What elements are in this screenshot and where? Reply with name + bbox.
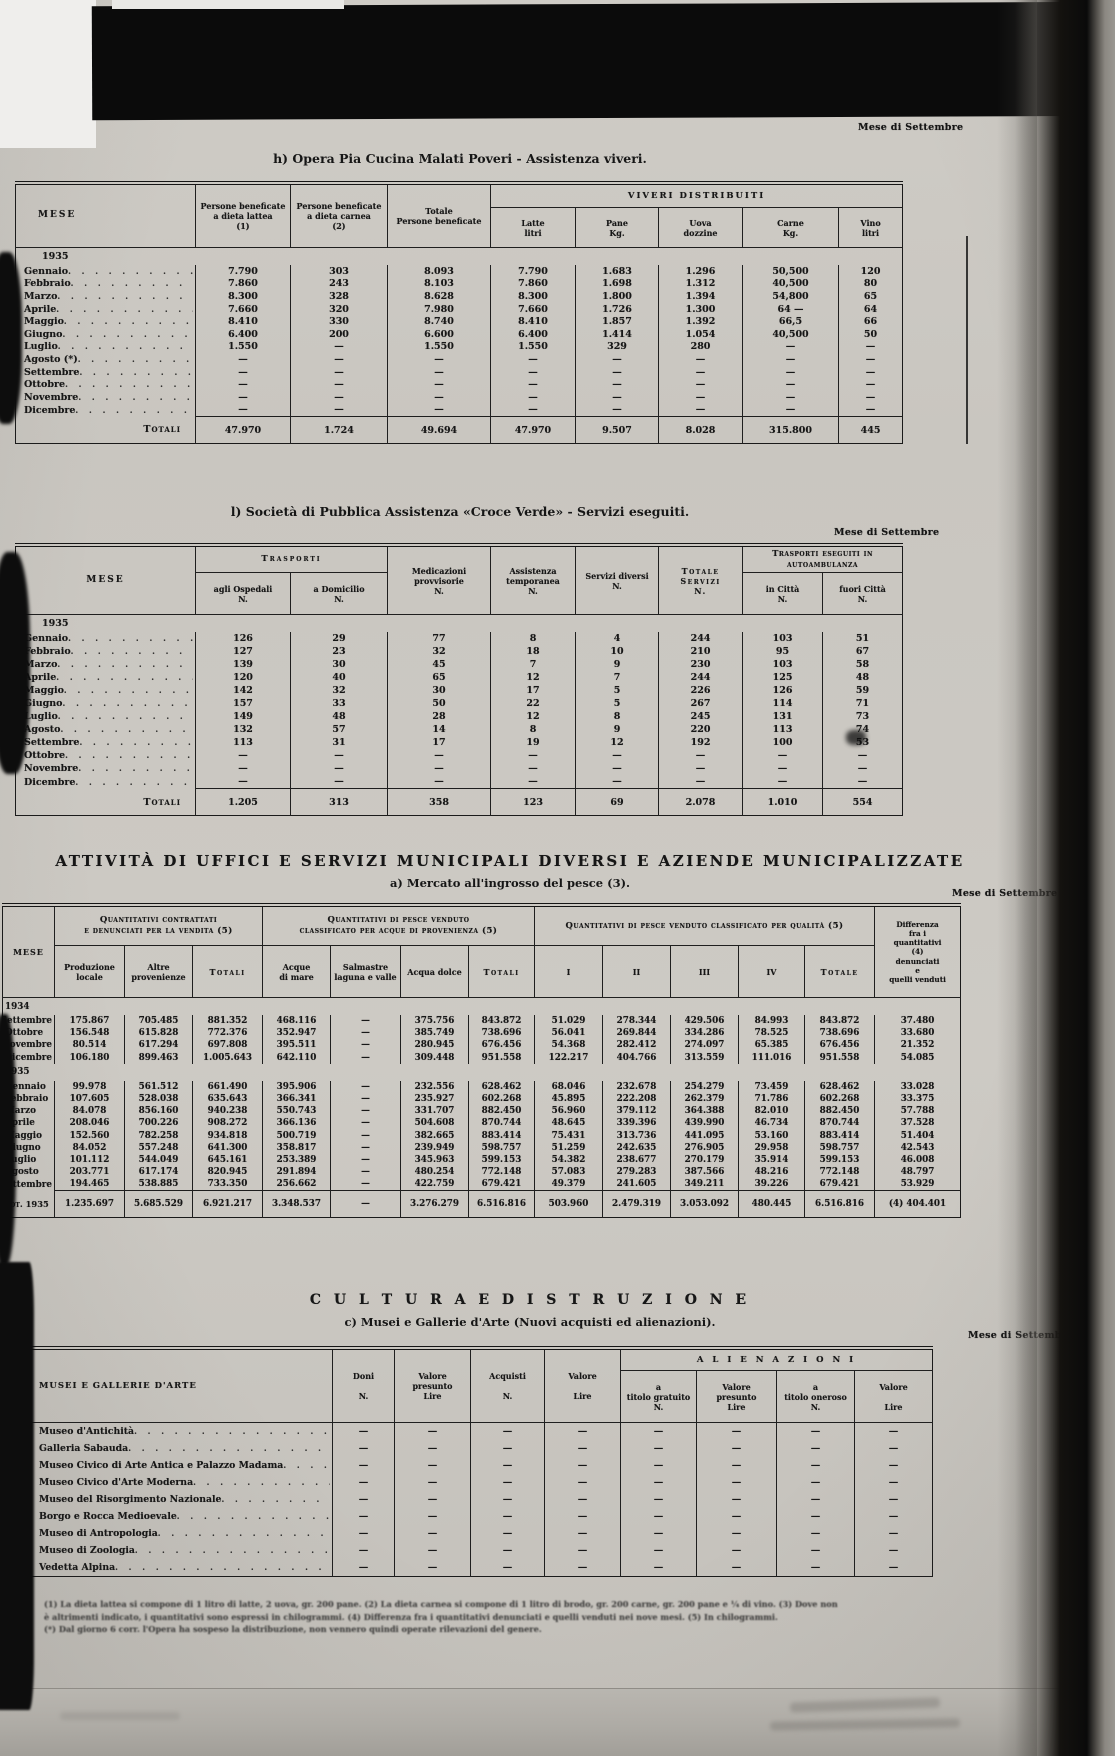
value-cell: 29.958: [739, 1142, 805, 1154]
leader-dots: . . . . . . . . . . . . . . . . . . . . …: [115, 1562, 330, 1572]
value-cell: —: [395, 1491, 471, 1508]
value-cell: 64: [839, 303, 903, 316]
row-label-text: Galleria Sabauda: [39, 1443, 128, 1454]
col-titolo-gratuito: a titolo gratuito N.: [621, 1371, 697, 1423]
col-mese: MESE: [3, 905, 55, 998]
value-cell: 733.350: [193, 1178, 263, 1191]
value-cell: —: [576, 366, 659, 379]
value-cell: —: [491, 749, 576, 762]
value-cell: 33.028: [875, 1081, 961, 1093]
value-cell: —: [777, 1423, 855, 1441]
value-cell: 12: [491, 671, 576, 684]
leader-dots: . . . . . . . . . . . . . . . . . . . . …: [60, 724, 193, 734]
value-cell: —: [291, 749, 388, 762]
row-label: Settembre. . . . . . . . . . . . . . . .…: [16, 366, 196, 379]
value-cell: 705.485: [125, 1015, 193, 1027]
col-medicazioni: Medicazioni provvisorie N.: [388, 545, 491, 615]
value-cell: —: [621, 1508, 697, 1525]
value-cell: —: [697, 1474, 777, 1491]
value-cell: —: [576, 762, 659, 775]
value-cell: 480.445: [739, 1191, 805, 1218]
value-cell: 1.550: [196, 341, 291, 354]
value-cell: 126: [196, 632, 291, 645]
cultura-section-title: C U L T U R A E D I S T R U Z I O N E: [80, 1292, 980, 1308]
row-label: Novembre. . . . . . . . . . . . . . . . …: [16, 762, 196, 775]
value-cell: —: [743, 404, 839, 417]
value-cell: 422.759: [401, 1178, 469, 1191]
value-cell: —: [621, 1542, 697, 1559]
value-cell: 349.211: [671, 1178, 739, 1191]
row-label: Ottobre. . . . . . . . . . . . . . . . .…: [16, 378, 196, 391]
col-totale-qualita: Totale: [805, 946, 875, 998]
row-label: Aprile. . . . . . . . . . . . . . . . . …: [16, 303, 196, 316]
value-cell: 661.490: [193, 1081, 263, 1093]
value-cell: 395.511: [263, 1039, 331, 1051]
value-cell: —: [545, 1508, 621, 1525]
year-spacer: [196, 248, 903, 266]
footnote-line: (1) La dieta lattea si compone di 1 litr…: [44, 1598, 904, 1611]
value-cell: —: [388, 391, 491, 404]
year-spacer: [55, 1064, 961, 1081]
value-cell: 366.136: [263, 1117, 331, 1129]
value-cell: 270.179: [671, 1154, 739, 1166]
value-cell: 54.368: [535, 1039, 603, 1051]
totals-label: Totali: [16, 789, 196, 816]
table-row: Agosto. . . . . . . . . . . . . . . . . …: [16, 723, 903, 736]
table-l-title: l) Società di Pubblica Assistenza «Croce…: [15, 504, 905, 519]
value-cell: 31: [291, 736, 388, 749]
value-cell: 123: [491, 789, 576, 816]
value-cell: 6.400: [491, 328, 576, 341]
value-cell: 73: [823, 710, 903, 723]
value-cell: 291.894: [263, 1166, 331, 1178]
value-cell: 387.566: [671, 1166, 739, 1178]
value-cell: 157: [196, 697, 291, 710]
value-cell: —: [855, 1440, 933, 1457]
value-cell: 364.388: [671, 1105, 739, 1117]
value-cell: 934.818: [193, 1130, 263, 1142]
value-cell: —: [331, 1015, 401, 1027]
col-servizi-diversi: Servizi diversi N.: [576, 545, 659, 615]
value-cell: 238.677: [603, 1154, 671, 1166]
footnotes: (1) La dieta lattea si compone di 1 litr…: [44, 1598, 904, 1636]
value-cell: 538.885: [125, 1178, 193, 1191]
leader-dots: . . . . . . . . . . . . . . . . . . . . …: [64, 316, 193, 326]
table-row: Maggio152.560782.258934.818500.719—382.6…: [3, 1130, 961, 1142]
col-uova: Uova dozzine: [659, 208, 743, 248]
value-cell: —: [471, 1559, 545, 1577]
value-cell: 599.153: [805, 1154, 875, 1166]
value-cell: 239.949: [401, 1142, 469, 1154]
value-cell: 282.412: [603, 1039, 671, 1051]
table-row: Borgo e Rocca Medioevale. . . . . . . . …: [3, 1508, 933, 1525]
col-pane: Pane Kg.: [576, 208, 659, 248]
table-row: Settembre. . . . . . . . . . . . . . . .…: [16, 366, 903, 379]
value-cell: —: [331, 1052, 401, 1064]
value-cell: 528.038: [125, 1093, 193, 1105]
value-cell: —: [291, 378, 388, 391]
value-cell: 1.300: [659, 303, 743, 316]
value-cell: 208.046: [55, 1117, 125, 1129]
value-cell: 222.208: [603, 1093, 671, 1105]
table-row: Aprile. . . . . . . . . . . . . . . . . …: [16, 671, 903, 684]
value-cell: —: [659, 762, 743, 775]
table-row: Gennaio. . . . . . . . . . . . . . . . .…: [16, 632, 903, 645]
value-cell: 10: [576, 645, 659, 658]
value-cell: 1.857: [576, 315, 659, 328]
row-label-text: Novembre: [24, 763, 78, 774]
value-cell: 8.300: [196, 290, 291, 303]
year-label: 1935: [16, 615, 196, 633]
value-cell: 30: [388, 684, 491, 697]
col-valore-alien: Valore Lire: [855, 1371, 933, 1423]
value-cell: 6.600: [388, 328, 491, 341]
value-cell: —: [388, 762, 491, 775]
value-cell: 65: [388, 671, 491, 684]
table-row: Marzo. . . . . . . . . . . . . . . . . .…: [16, 290, 903, 303]
value-cell: —: [621, 1457, 697, 1474]
leader-dots: . . . . . . . . . . . . . . . . . . . . …: [193, 1477, 330, 1487]
value-cell: 103: [743, 658, 823, 671]
leader-dots: . . . . . . . . . . . . . . . . . . . . …: [58, 341, 193, 351]
leader-dots: . . . . . . . . . . . . . . . . . . . . …: [71, 646, 193, 656]
value-cell: 226: [659, 684, 743, 697]
value-cell: 628.462: [469, 1081, 535, 1093]
row-label: Dicembre. . . . . . . . . . . . . . . . …: [16, 404, 196, 417]
musei-subtitle: c) Musei e Gallerie d'Arte (Nuovi acquis…: [80, 1315, 980, 1329]
value-cell: 203.771: [55, 1166, 125, 1178]
value-cell: 235.927: [401, 1093, 469, 1105]
col-in-citta: in Città N.: [743, 573, 823, 615]
leader-dots: . . . . . . . . . . . . . . . . . . . . …: [65, 379, 193, 389]
value-cell: 7: [491, 658, 576, 671]
col-totale-persone: Totale Persone beneficate: [388, 183, 491, 248]
value-cell: —: [777, 1508, 855, 1525]
value-cell: 47.970: [196, 417, 291, 444]
value-cell: —: [855, 1457, 933, 1474]
value-cell: —: [697, 1491, 777, 1508]
value-cell: —: [777, 1559, 855, 1577]
value-cell: 175.867: [55, 1015, 125, 1027]
value-cell: —: [491, 366, 576, 379]
value-cell: 14: [388, 723, 491, 736]
group-acque: Quantitativi di pesce venduto classifica…: [263, 905, 535, 946]
value-cell: —: [545, 1457, 621, 1474]
value-cell: 46.008: [875, 1154, 961, 1166]
row-label-text: Febbraio: [24, 646, 71, 657]
value-cell: 58: [823, 658, 903, 671]
col-valore: Valore Lire: [545, 1348, 621, 1423]
totals-row: Totali1.205313358123692.0781.010554: [16, 789, 903, 816]
value-cell: 48.645: [535, 1117, 603, 1129]
value-cell: 772.148: [805, 1166, 875, 1178]
value-cell: —: [491, 775, 576, 789]
value-cell: 33.375: [875, 1093, 961, 1105]
row-label: Vedetta Alpina. . . . . . . . . . . . . …: [3, 1559, 333, 1577]
row-label: Agosto (*). . . . . . . . . . . . . . . …: [16, 353, 196, 366]
value-cell: —: [697, 1440, 777, 1457]
row-label: Gennaio. . . . . . . . . . . . . . . . .…: [16, 265, 196, 278]
value-cell: —: [743, 775, 823, 789]
value-cell: 99.978: [55, 1081, 125, 1093]
table-row: Settembre. . . . . . . . . . . . . . . .…: [16, 736, 903, 749]
value-cell: 131: [743, 710, 823, 723]
value-cell: 111.016: [739, 1052, 805, 1064]
value-cell: 7.860: [196, 278, 291, 291]
value-cell: 28: [388, 710, 491, 723]
value-cell: 8.093: [388, 265, 491, 278]
value-cell: —: [576, 749, 659, 762]
value-cell: 3.348.537: [263, 1191, 331, 1218]
row-label: Giugno. . . . . . . . . . . . . . . . . …: [16, 328, 196, 341]
value-cell: 22: [491, 697, 576, 710]
value-cell: —: [291, 762, 388, 775]
value-cell: 100: [743, 736, 823, 749]
value-cell: —: [659, 404, 743, 417]
table-row: Giugno. . . . . . . . . . . . . . . . . …: [16, 328, 903, 341]
value-cell: 4: [576, 632, 659, 645]
value-cell: 9: [576, 658, 659, 671]
value-cell: 50: [839, 328, 903, 341]
value-cell: 18: [491, 645, 576, 658]
value-cell: —: [697, 1423, 777, 1441]
value-cell: —: [331, 1105, 401, 1117]
col-acque-di-mare: Acque di mare: [263, 946, 331, 998]
value-cell: 17: [491, 684, 576, 697]
value-cell: —: [743, 391, 839, 404]
value-cell: 870.744: [805, 1117, 875, 1129]
value-cell: 107.605: [55, 1093, 125, 1105]
value-cell: 48.797: [875, 1166, 961, 1178]
value-cell: —: [291, 353, 388, 366]
row-label-text: Museo del Risorgimento Nazionale: [39, 1494, 221, 1505]
row-label-text: Borgo e Rocca Medioevale: [39, 1511, 177, 1522]
value-cell: 210: [659, 645, 743, 658]
leader-dots: . . . . . . . . . . . . . . . . . . . . …: [134, 1426, 330, 1436]
row-label: Borgo e Rocca Medioevale. . . . . . . . …: [3, 1508, 333, 1525]
leader-dots: . . . . . . . . . . . . . . . . . . . . …: [71, 278, 193, 288]
row-label: Febbraio. . . . . . . . . . . . . . . . …: [16, 278, 196, 291]
col-fuori-citta: fuori Città N.: [823, 573, 903, 615]
col-mese: MESE: [16, 183, 196, 248]
row-label-text: Febbraio: [24, 278, 71, 289]
value-cell: 256.662: [263, 1178, 331, 1191]
value-cell: 1.005.643: [193, 1052, 263, 1064]
row-label-text: Gennaio: [24, 266, 68, 277]
value-cell: —: [331, 1178, 401, 1191]
leader-dots: . . . . . . . . . . . . . . . . . . . . …: [65, 750, 193, 760]
row-label: Luglio. . . . . . . . . . . . . . . . . …: [16, 341, 196, 354]
row-label-text: Ottobre: [24, 750, 65, 761]
value-cell: 71.786: [739, 1093, 805, 1105]
value-cell: 2.078: [659, 789, 743, 816]
value-cell: 8: [491, 723, 576, 736]
faint-stamp: [60, 1712, 180, 1720]
value-cell: 279.283: [603, 1166, 671, 1178]
table-row: Museo del Risorgimento Nazionale. . . . …: [3, 1491, 933, 1508]
value-cell: —: [471, 1440, 545, 1457]
table-row: Museo Civico d'Arte Moderna. . . . . . .…: [3, 1474, 933, 1491]
totals-row: Tot. 19351.235.6975.685.5296.921.2173.34…: [3, 1191, 961, 1218]
value-cell: —: [545, 1525, 621, 1542]
value-cell: —: [839, 366, 903, 379]
value-cell: —: [697, 1542, 777, 1559]
value-cell: —: [545, 1423, 621, 1441]
row-label: Aprile. . . . . . . . . . . . . . . . . …: [16, 671, 196, 684]
value-cell: 379.112: [603, 1105, 671, 1117]
value-cell: 303: [291, 265, 388, 278]
value-cell: 404.766: [603, 1052, 671, 1064]
value-cell: 843.872: [469, 1015, 535, 1027]
value-cell: 8.628: [388, 290, 491, 303]
value-cell: —: [743, 378, 839, 391]
value-cell: 441.095: [671, 1130, 739, 1142]
value-cell: 40,500: [743, 328, 839, 341]
value-cell: 45: [388, 658, 491, 671]
value-cell: 429.506: [671, 1015, 739, 1027]
row-label: Marzo. . . . . . . . . . . . . . . . . .…: [16, 290, 196, 303]
value-cell: 1.550: [491, 341, 576, 354]
value-cell: 19: [491, 736, 576, 749]
value-cell: —: [659, 749, 743, 762]
value-cell: 3.053.092: [671, 1191, 739, 1218]
col-assistenza: Assistenza temporanea N.: [491, 545, 576, 615]
value-cell: 64 —: [743, 303, 839, 316]
value-cell: 54,800: [743, 290, 839, 303]
col-totali-acque: Totali: [469, 946, 535, 998]
value-cell: —: [471, 1457, 545, 1474]
value-cell: 56.041: [535, 1027, 603, 1039]
value-cell: 220: [659, 723, 743, 736]
value-cell: 883.414: [469, 1130, 535, 1142]
value-cell: 557.248: [125, 1142, 193, 1154]
value-cell: —: [855, 1474, 933, 1491]
row-label: Luglio. . . . . . . . . . . . . . . . . …: [16, 710, 196, 723]
value-cell: 50,500: [743, 265, 839, 278]
value-cell: —: [697, 1525, 777, 1542]
value-cell: —: [491, 378, 576, 391]
value-cell: 615.828: [125, 1027, 193, 1039]
value-cell: 870.744: [469, 1117, 535, 1129]
value-cell: 149: [196, 710, 291, 723]
mercato-pesce-table: MESE Quantitativi contrattati e denuncia…: [2, 903, 961, 1218]
row-label-text: Museo di Zoologia: [39, 1545, 135, 1556]
table-row: Ottobre156.548615.828772.376352.947—385.…: [3, 1027, 961, 1039]
group-qualita: Quantitativi di pesce venduto classifica…: [535, 905, 875, 946]
leader-dots: . . . . . . . . . . . . . . . . . . . . …: [78, 392, 193, 402]
value-cell: 33: [291, 697, 388, 710]
value-cell: 127: [196, 645, 291, 658]
musei-gallerie-table: MUSEI E GALLERIE D'ARTE Doni N. Valore p…: [2, 1346, 933, 1577]
value-cell: —: [491, 353, 576, 366]
value-cell: 940.238: [193, 1105, 263, 1117]
value-cell: 66: [839, 315, 903, 328]
value-cell: 66,5: [743, 315, 839, 328]
table-row: Gennaio99.978561.512661.490395.906—232.5…: [3, 1081, 961, 1093]
scan-margin-top-left: [0, 0, 96, 148]
value-cell: 40: [291, 671, 388, 684]
value-cell: 554: [823, 789, 903, 816]
value-cell: 82.010: [739, 1105, 805, 1117]
group-autoambulanza: Trasporti eseguiti in autoambulanza: [743, 545, 903, 573]
value-cell: —: [855, 1508, 933, 1525]
value-cell: 899.463: [125, 1052, 193, 1064]
value-cell: —: [621, 1423, 697, 1441]
value-cell: —: [388, 378, 491, 391]
row-label-text: Giugno: [24, 329, 63, 340]
value-cell: 599.153: [469, 1154, 535, 1166]
leader-dots: . . . . . . . . . . . . . . . . . . . . …: [283, 1460, 330, 1470]
value-cell: 3.276.279: [401, 1191, 469, 1218]
table-row: Ottobre. . . . . . . . . . . . . . . . .…: [16, 749, 903, 762]
value-cell: 313.559: [671, 1052, 739, 1064]
leader-dots: . . . . . . . . . . . . . . . . . . . . …: [57, 659, 193, 669]
value-cell: —: [545, 1474, 621, 1491]
value-cell: —: [333, 1508, 395, 1525]
value-cell: 192: [659, 736, 743, 749]
col-latte: Latte litri: [491, 208, 576, 248]
value-cell: 232.556: [401, 1081, 469, 1093]
value-cell: 68.046: [535, 1081, 603, 1093]
value-cell: 6.516.816: [469, 1191, 535, 1218]
value-cell: 882.450: [469, 1105, 535, 1117]
value-cell: —: [331, 1130, 401, 1142]
value-cell: 232.678: [603, 1081, 671, 1093]
value-cell: 439.990: [671, 1117, 739, 1129]
value-cell: —: [291, 366, 388, 379]
table-row: Giugno84.052557.248641.300358.817—239.94…: [3, 1142, 961, 1154]
value-cell: 679.421: [805, 1178, 875, 1191]
value-cell: 139: [196, 658, 291, 671]
value-cell: 57: [291, 723, 388, 736]
value-cell: —: [333, 1474, 395, 1491]
value-cell: 244: [659, 671, 743, 684]
value-cell: 598.757: [805, 1142, 875, 1154]
value-cell: 17: [388, 736, 491, 749]
value-cell: 106.180: [55, 1052, 125, 1064]
table-row: Luglio101.112544.049645.161253.389—345.9…: [3, 1154, 961, 1166]
footnote-line: (*) Dal giorno 6 corr. l'Opera ha sospes…: [44, 1623, 904, 1636]
value-cell: 883.414: [805, 1130, 875, 1142]
value-cell: 602.268: [469, 1093, 535, 1105]
value-cell: —: [331, 1154, 401, 1166]
value-cell: 951.558: [469, 1052, 535, 1064]
table-row: Ottobre. . . . . . . . . . . . . . . . .…: [16, 378, 903, 391]
value-cell: —: [545, 1440, 621, 1457]
value-cell: —: [395, 1457, 471, 1474]
value-cell: —: [777, 1474, 855, 1491]
value-cell: —: [333, 1440, 395, 1457]
table-row: Museo Civico di Arte Antica e Palazzo Ma…: [3, 1457, 933, 1474]
value-cell: —: [388, 366, 491, 379]
row-label: Galleria Sabauda. . . . . . . . . . . . …: [3, 1440, 333, 1457]
value-cell: 313: [291, 789, 388, 816]
value-cell: 1.205: [196, 789, 291, 816]
value-cell: 65: [839, 290, 903, 303]
value-cell: 32: [388, 645, 491, 658]
col-a-domicilio: a Domicilio N.: [291, 573, 388, 615]
value-cell: —: [196, 775, 291, 789]
value-cell: —: [395, 1525, 471, 1542]
value-cell: —: [395, 1423, 471, 1441]
leader-dots: . . . . . . . . . . . . . . . . . . . . …: [57, 291, 193, 301]
value-cell: 856.160: [125, 1105, 193, 1117]
value-cell: —: [471, 1474, 545, 1491]
value-cell: 328: [291, 290, 388, 303]
value-cell: —: [823, 775, 903, 789]
value-cell: 9: [576, 723, 659, 736]
ink-smudge: [0, 1262, 34, 1710]
